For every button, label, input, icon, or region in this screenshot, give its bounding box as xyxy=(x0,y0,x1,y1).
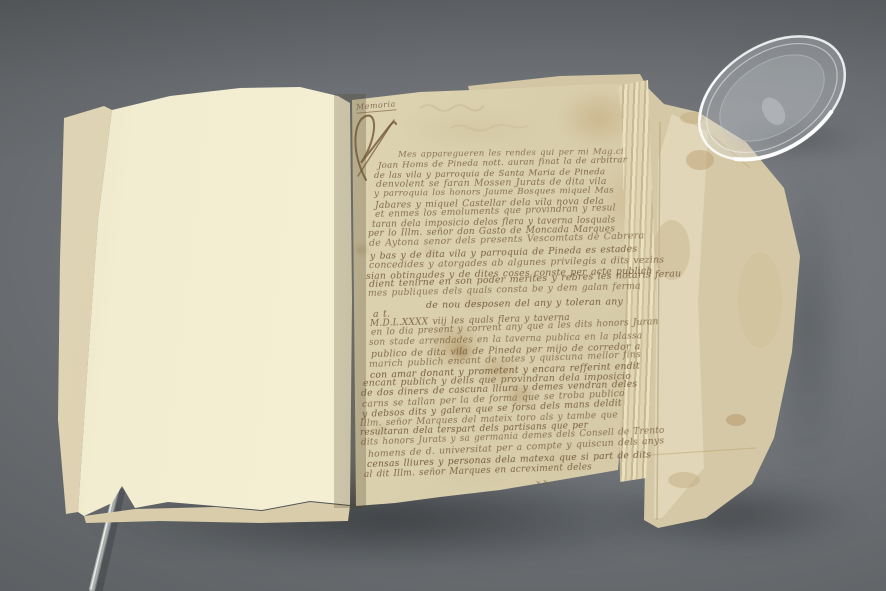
photo-scene: Memoria Mes apparegueren les rendes qui … xyxy=(0,0,886,591)
glass-lens xyxy=(0,0,886,591)
